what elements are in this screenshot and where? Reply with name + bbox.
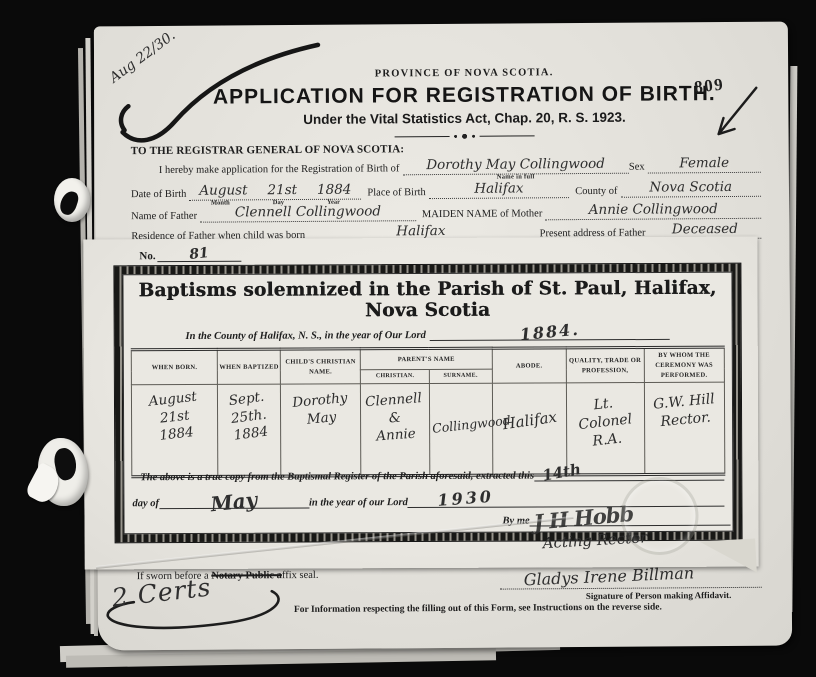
registrar-addressee: TO THE REGISTRAR GENERAL OF NOVA SCOTIA: xyxy=(131,143,405,157)
notary-public-strikethrough: Notary Public a xyxy=(211,570,282,581)
month-sublabel: Month xyxy=(211,200,230,207)
certificate-subtitle: In the County of Halifax, N. S., in the … xyxy=(124,323,732,343)
birth-month-value: August xyxy=(199,184,247,198)
name-field: Dorothy May Collingwood Name in full xyxy=(402,159,629,176)
certificate-number-field: 81 xyxy=(158,247,242,262)
col-when-born: WHEN BORN. xyxy=(131,349,218,385)
cell-by-whom: G.W. Hill Rector. xyxy=(645,390,724,433)
form-title: APPLICATION FOR REGISTRATION OF BIRTH. xyxy=(184,82,744,110)
punch-hole xyxy=(54,178,90,222)
father-name-label: Name of Father xyxy=(131,211,200,223)
date-of-birth-field: August 21st 1884 Month Day Year xyxy=(189,185,361,201)
seal-note-post: ffix seal. xyxy=(282,570,319,581)
baptismal-certificate-sheet: No. 81 Baptisms solemnized in the Parish… xyxy=(83,237,758,570)
col-childs-name: CHILD'S CHRISTIAN NAME. xyxy=(280,349,361,385)
certificate-number-label: No. xyxy=(139,250,155,262)
col-when-baptized: WHEN BAPTIZED xyxy=(218,349,281,385)
attestation-text: The above is a true copy from the Baptis… xyxy=(140,471,534,484)
col-parent-surname: SURNAME. xyxy=(429,369,492,383)
mother-maiden-name-value: Annie Collingwood xyxy=(589,203,718,217)
folded-corner xyxy=(699,539,757,576)
baptism-register-table: WHEN BORN. WHEN BAPTIZED CHILD'S CHRISTI… xyxy=(131,346,726,479)
extraction-year-value: 1930 xyxy=(437,487,495,510)
sex-label: Sex xyxy=(629,162,648,174)
mother-maiden-name-label: MAIDEN NAME of Mother xyxy=(416,209,546,221)
attestation-line-1: The above is a true copy from the Baptis… xyxy=(140,466,724,484)
birth-row: Date of Birth August 21st 1884 Month Day… xyxy=(131,182,761,201)
father-residence-value: Halifax xyxy=(396,225,445,239)
certificate-number-value: 81 xyxy=(189,245,210,263)
col-parents-name: PARENT'S NAME xyxy=(361,348,492,370)
register-entry-row: August 21st 1884 Sept. 25th. 1884 Doroth… xyxy=(131,382,724,477)
cell-when-baptized: Sept. 25th. 1884 xyxy=(217,388,281,447)
parents-row: Name of Father Clennell Collingwood MAID… xyxy=(131,204,761,223)
mother-maiden-name-field: Annie Collingwood xyxy=(545,204,761,221)
day-of-label: day of xyxy=(132,498,159,509)
certificate-body: Baptisms solemnized in the Parish of St.… xyxy=(122,272,733,535)
punch-hole xyxy=(38,438,88,506)
name-row: I hereby make application for the Regist… xyxy=(131,158,761,177)
col-by-whom: BY WHOM THE CEREMONY WAS PERFORMED. xyxy=(644,347,725,383)
cell-when-born: August 21st 1884 xyxy=(131,387,218,448)
county-value: Nova Scotia xyxy=(649,181,732,195)
extraction-month-value: May xyxy=(209,487,258,516)
extraction-month-field: May xyxy=(159,491,309,509)
certificate-year-field: 1884. xyxy=(430,323,670,341)
col-abode: ABODE. xyxy=(492,348,567,384)
place-of-birth-field: Halifax xyxy=(429,183,570,199)
father-name-value: Clennell Collingwood xyxy=(235,205,381,220)
affidavit-signature-label: Signature of Person making Affidavit. xyxy=(586,590,732,601)
birth-year-value: 1884 xyxy=(317,184,351,198)
father-name-field: Clennell Collingwood xyxy=(200,206,416,223)
place-of-birth-label: Place of Birth xyxy=(361,188,428,200)
cell-parent-christian: Clennell & Annie xyxy=(362,390,429,447)
name-value: Dorothy May Collingwood xyxy=(426,158,605,173)
province-heading: PROVINCE OF NOVA SCOTIA. xyxy=(214,66,714,80)
cell-childs-name: Dorothy May xyxy=(282,389,360,431)
instructions-note: For Information respecting the filling o… xyxy=(258,602,698,615)
sex-field: Female xyxy=(648,158,761,174)
col-parent-christian: CHRISTIAN. xyxy=(361,370,430,384)
col-profession: QUALITY, TRADE OR PROFESSION, xyxy=(566,348,644,384)
extracted-day-field: 14th xyxy=(534,466,724,482)
cell-profession: Lt. Colonel R.A. xyxy=(566,392,644,454)
act-subtitle: Under the Vital Statistics Act, Chap. 20… xyxy=(214,109,714,127)
certificate-title: Baptisms solemnized in the Parish of St.… xyxy=(123,278,731,323)
ornament-divider xyxy=(395,131,535,140)
place-of-birth-value: Halifax xyxy=(474,182,523,196)
name-label: I hereby make application for the Regist… xyxy=(159,164,403,177)
arrow-down-left-icon xyxy=(706,84,762,144)
cell-parent-surname: Collingwood xyxy=(431,415,490,437)
father-address-value: Deceased xyxy=(672,223,738,237)
certificate-subtitle-label: In the County of Halifax, N. S., in the … xyxy=(185,330,425,342)
county-label: County of xyxy=(569,186,620,198)
date-of-birth-label: Date of Birth xyxy=(131,189,189,201)
ornamental-border: Baptisms solemnized in the Parish of St.… xyxy=(113,263,742,544)
scanned-document: Aug 22/30. PROVINCE OF NOVA SCOTIA. APPL… xyxy=(0,0,816,677)
birth-day-value: 21st xyxy=(267,184,297,198)
certificate-year-value: 1884. xyxy=(519,320,581,344)
cell-abode: Halifax xyxy=(494,407,566,436)
certificate-number: No. 81 xyxy=(139,247,241,262)
sex-value: Female xyxy=(679,157,729,171)
county-field: Nova Scotia xyxy=(620,182,761,198)
year-of-lord-label: in the year of our Lord xyxy=(309,497,408,508)
